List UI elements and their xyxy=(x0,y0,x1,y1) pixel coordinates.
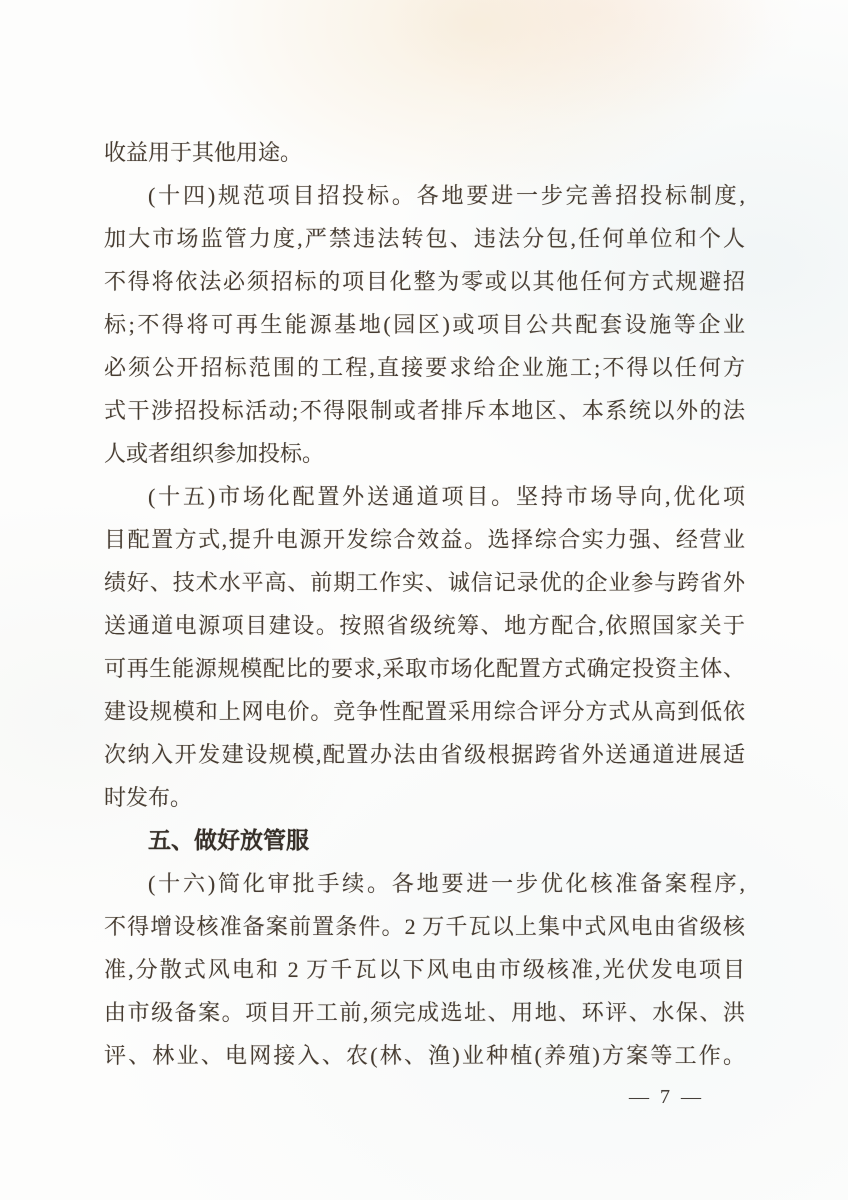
text-line: 标;不得将可再生能源基地(园区)或项目公共配套设施等企业 xyxy=(104,303,745,346)
text-line: 收益用于其他用途。 xyxy=(104,131,745,174)
text-line: 时发布。 xyxy=(104,776,745,819)
text-line: 次纳入开发建设规模,配置办法由省级根据跨省外送通道进展适 xyxy=(104,733,745,776)
text-line: 目配置方式,提升电源开发综合效益。选择综合实力强、经营业 xyxy=(104,518,745,561)
paragraph-start: (十四)规范项目招投标。各地要进一步完善招投标制度, xyxy=(104,174,745,217)
text-line: 式干涉招投标活动;不得限制或者排斥本地区、本系统以外的法 xyxy=(104,389,745,432)
text-line: 送通道电源项目建设。按照省级统筹、地方配合,依照国家关于 xyxy=(104,604,745,647)
text-line: 由市级备案。项目开工前,须完成选址、用地、环评、水保、洪 xyxy=(104,991,745,1034)
text-line: 必须公开招标范围的工程,直接要求给企业施工;不得以任何方 xyxy=(104,346,745,389)
text-line: 加大市场监管力度,严禁违法转包、违法分包,任何单位和个人 xyxy=(104,217,745,260)
paragraph-start: (十六)简化审批手续。各地要进一步优化核准备案程序, xyxy=(104,862,745,905)
paragraph-start: (十五)市场化配置外送通道项目。坚持市场导向,优化项 xyxy=(104,475,745,518)
text-line: 不得增设核准备案前置条件。2 万千瓦以上集中式风电由省级核 xyxy=(104,905,745,948)
text-line: 评、林业、电网接入、农(林、渔)业种植(养殖)方案等工作。 xyxy=(104,1034,745,1077)
text-line: 准,分散式风电和 2 万千瓦以下风电由市级核准,光伏发电项目 xyxy=(104,948,745,991)
text-line: 人或者组织参加投标。 xyxy=(104,432,745,475)
text-line: 建设规模和上网电价。竞争性配置采用综合评分方式从高到低依 xyxy=(104,690,745,733)
section-heading: 五、做好放管服 xyxy=(104,819,745,862)
document-page: 收益用于其他用途。 (十四)规范项目招投标。各地要进一步完善招投标制度, 加大市… xyxy=(0,0,848,1200)
text-line: 不得将依法必须招标的项目化整为零或以其他任何方式规避招 xyxy=(104,260,745,303)
text-line: 可再生能源规模配比的要求,采取市场化配置方式确定投资主体、 xyxy=(104,647,745,690)
text-line: 绩好、技术水平高、前期工作实、诚信记录优的企业参与跨省外 xyxy=(104,561,745,604)
page-number: — 7 — xyxy=(629,1084,749,1110)
document-body: 收益用于其他用途。 (十四)规范项目招投标。各地要进一步完善招投标制度, 加大市… xyxy=(104,131,745,1077)
